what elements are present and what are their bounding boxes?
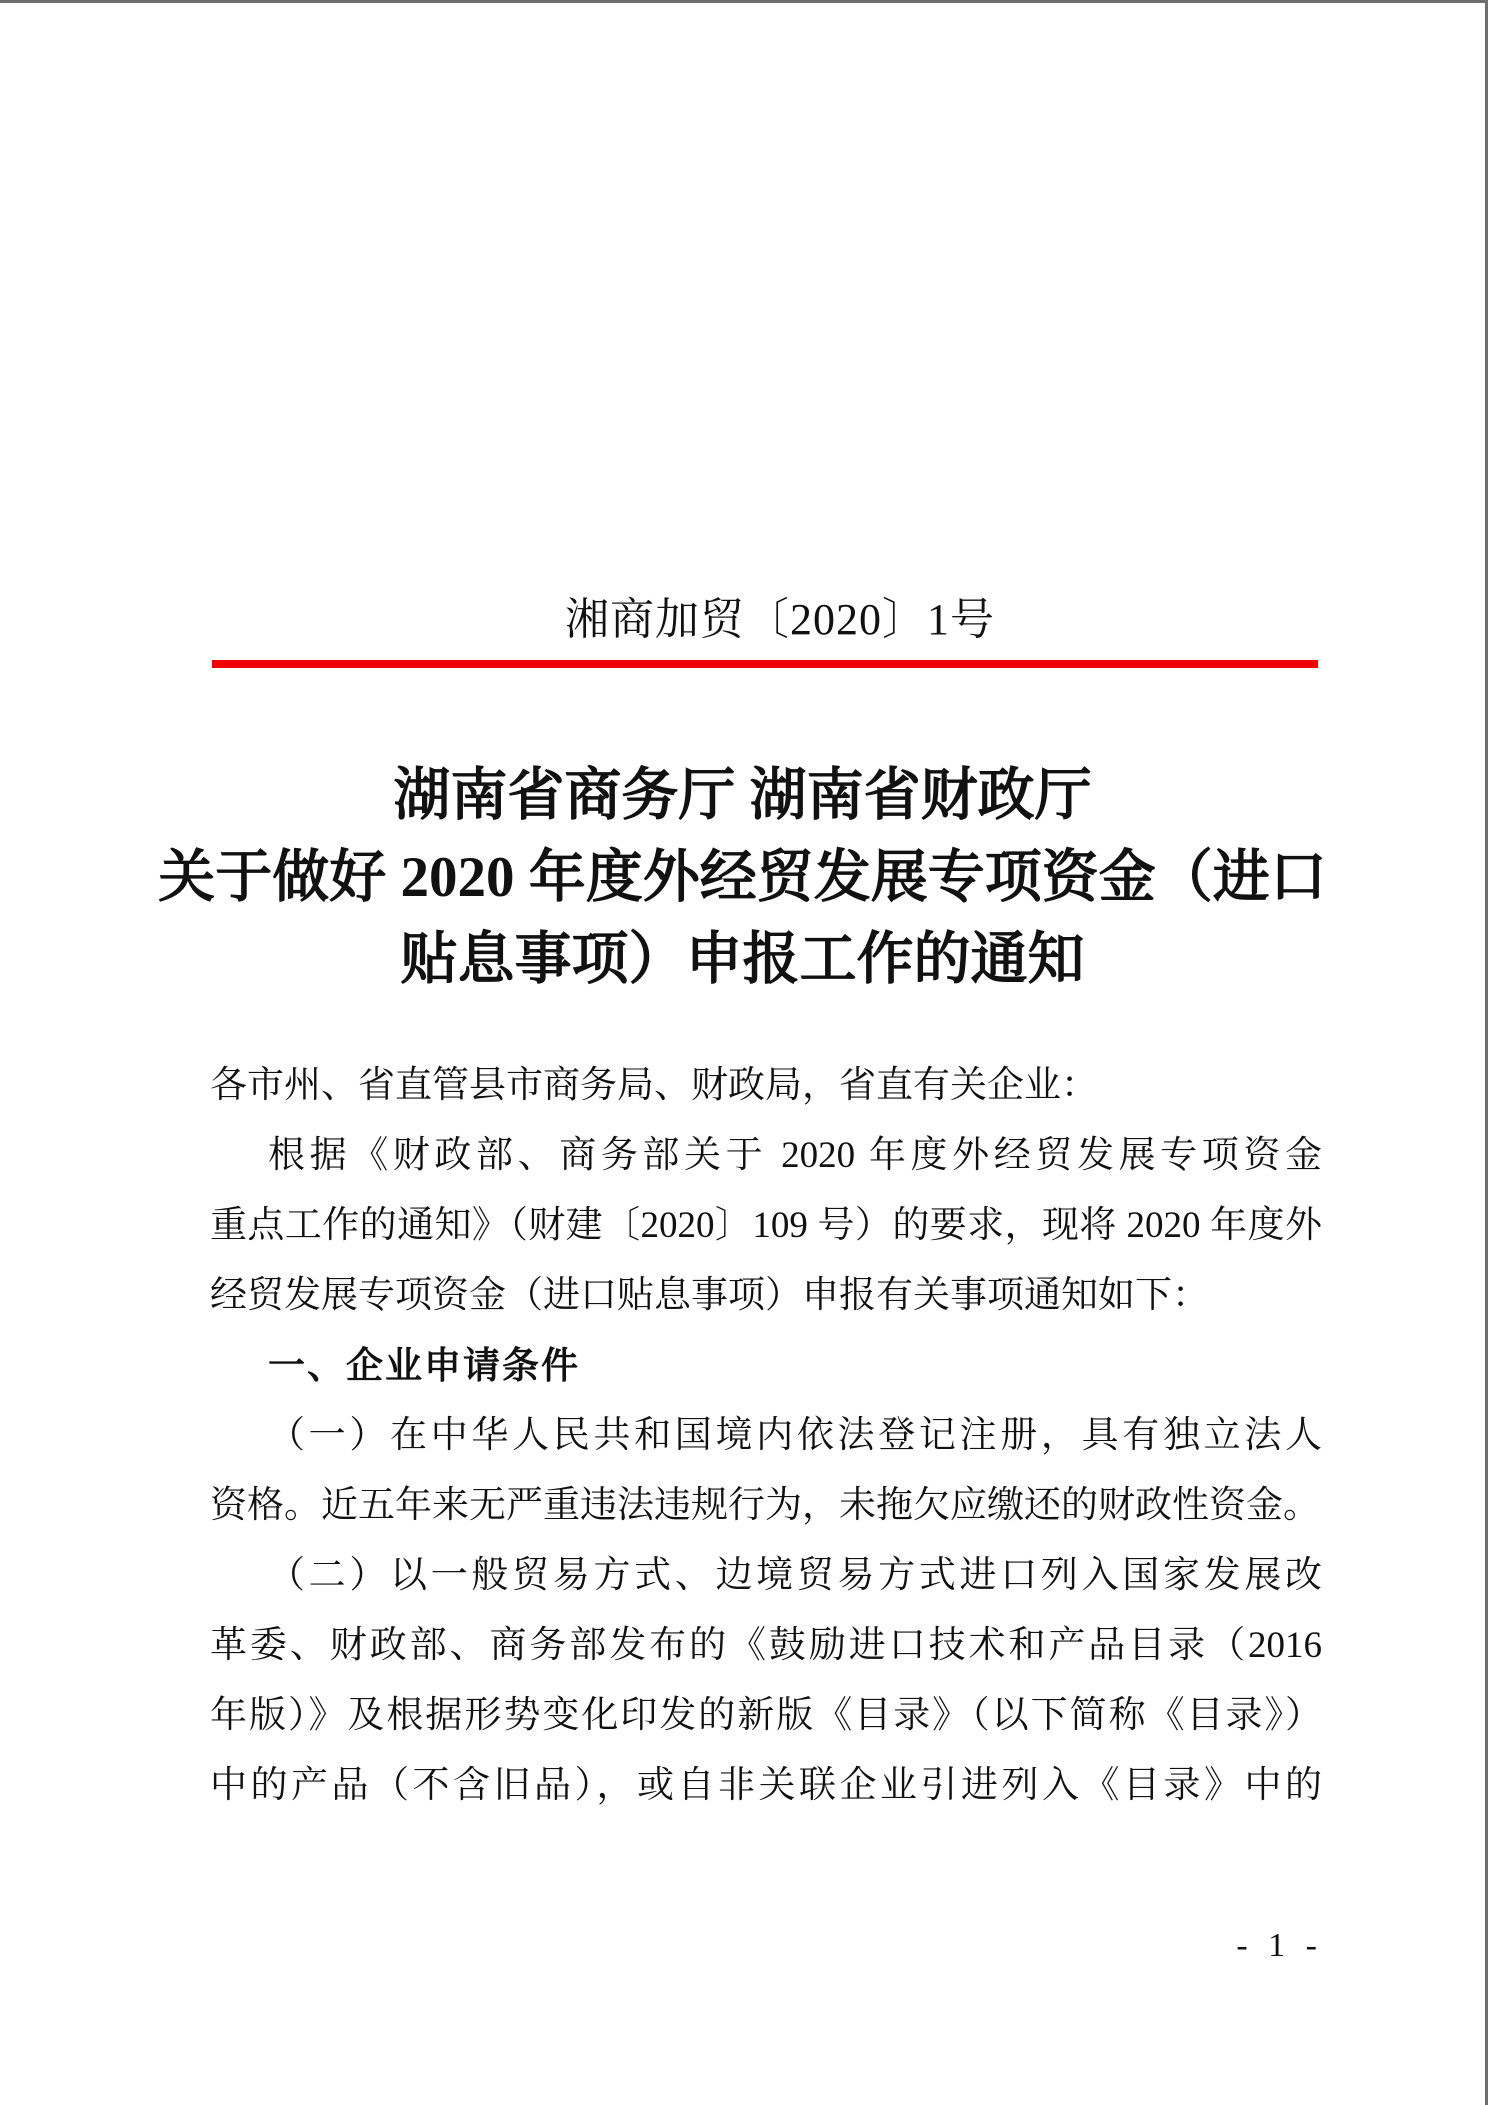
document-body: 各市州、省直管县市商务局、财政局，省直有关企业： 根据《财政部、商务部关于 20… bbox=[210, 1051, 1322, 1821]
document-title: 湖南省商务厅 湖南省财政厅 关于做好 2020 年度外经贸发展专项资金（进口 贴… bbox=[0, 755, 1485, 1001]
text-line: （一）在中华人民共和国境内依法登记注册，具有独立法人 bbox=[210, 1401, 1322, 1471]
title-line-1: 湖南省商务厅 湖南省财政厅 bbox=[0, 755, 1485, 837]
text-line: 资格。近五年来无严重违法违规行为，未拖欠应缴还的财政性资金。 bbox=[210, 1471, 1322, 1541]
text-line: 根据《财政部、商务部关于 2020 年度外经贸发展专项资金 bbox=[210, 1121, 1322, 1191]
text-line: （二）以一般贸易方式、边境贸易方式进口列入国家发展改 bbox=[210, 1541, 1322, 1611]
text-line: 重点工作的通知》（财建〔2020〕109 号）的要求，现将 2020 年度外 bbox=[210, 1191, 1322, 1261]
document-reference-number: 湘商加贸〔2020〕1号 bbox=[75, 593, 1485, 646]
red-divider-line bbox=[212, 660, 1318, 668]
text-line: 经贸发展专项资金（进口贴息事项）申报有关事项通知如下： bbox=[210, 1261, 1322, 1331]
text-line: 年版）》及根据形势变化印发的新版《目录》（以下简称《目录》） bbox=[210, 1681, 1322, 1751]
section-heading: 一、企业申请条件 bbox=[210, 1331, 1322, 1401]
text-line: 中的产品（不含旧品），或自非关联企业引进列入《目录》中的 bbox=[210, 1751, 1322, 1821]
title-line-3: 贴息事项）申报工作的通知 bbox=[0, 919, 1485, 1001]
document-page: 湘商加贸〔2020〕1号 湖南省商务厅 湖南省财政厅 关于做好 2020 年度外… bbox=[0, 0, 1488, 2105]
salutation-line: 各市州、省直管县市商务局、财政局，省直有关企业： bbox=[210, 1051, 1322, 1121]
text-line: 革委、财政部、商务部发布的《鼓励进口技术和产品目录（2016 bbox=[210, 1611, 1322, 1681]
title-line-2: 关于做好 2020 年度外经贸发展专项资金（进口 bbox=[0, 837, 1485, 919]
page-number: - 1 - bbox=[1236, 1925, 1317, 1967]
